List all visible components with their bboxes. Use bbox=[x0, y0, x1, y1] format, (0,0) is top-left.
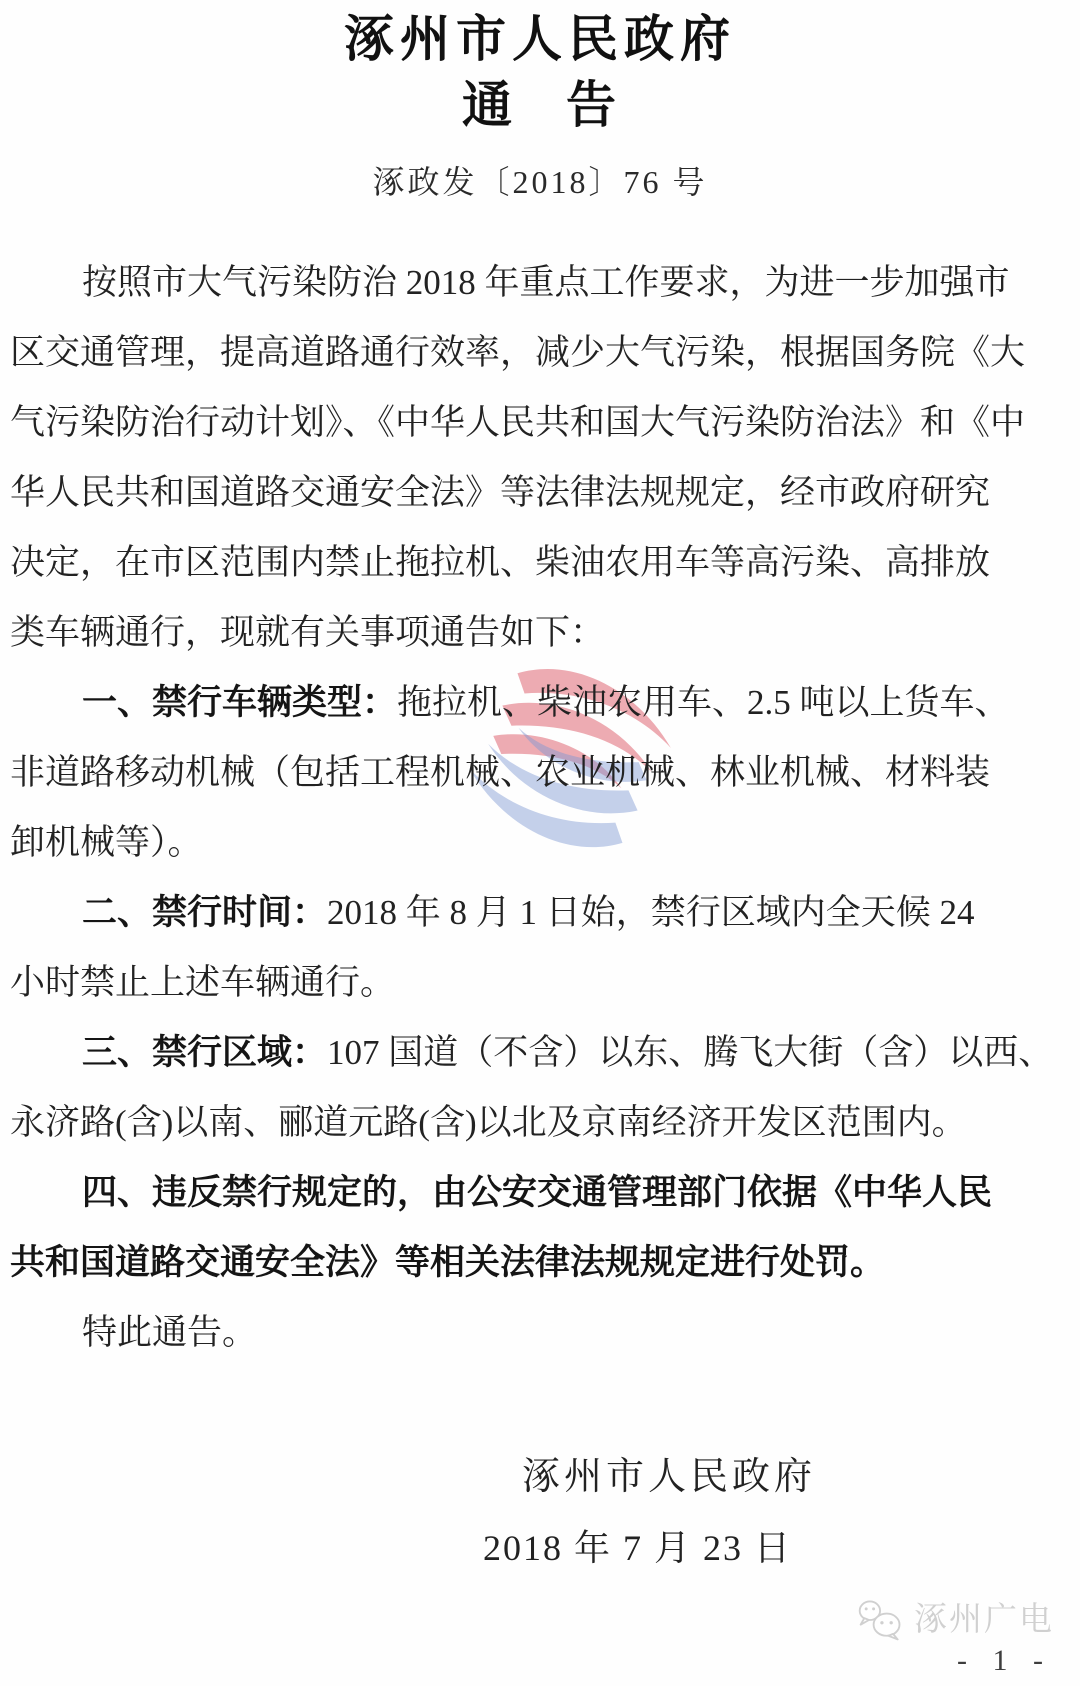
issuing-org-title: 涿州市人民政府 bbox=[0, 8, 1080, 70]
body-line: 类车辆通行，现就有关事项通告如下： bbox=[10, 598, 1070, 668]
body-text: 决定，在市区范围内禁止拖拉机、柴油农用车等高污染、高排放 bbox=[10, 543, 990, 582]
document-content: 涿州市人民政府 通 告 涿政发〔2018〕76 号 按照市大气污染防治 2018… bbox=[0, 0, 1080, 1570]
body-text: 拖拉机、柴油农用车、2.5 吨以上货车、 bbox=[397, 683, 1010, 722]
body-line-item-1: 一、禁行车辆类型：拖拉机、柴油农用车、2.5 吨以上货车、 bbox=[10, 668, 1070, 738]
doc-type-title: 通 告 bbox=[0, 76, 1080, 134]
body-text: 类车辆通行，现就有关事项通告如下： bbox=[10, 613, 605, 652]
body-line: 共和国道路交通安全法》等相关法律法规规定进行处罚。 bbox=[10, 1228, 1070, 1298]
body-text: 小时禁止上述车辆通行。 bbox=[10, 963, 395, 1002]
brand-watermark-text: 涿州广电 bbox=[914, 1600, 1054, 1640]
wechat-icon bbox=[856, 1598, 906, 1642]
signature-org: 涿州市人民政府 bbox=[0, 1454, 1080, 1500]
body-line: 区交通管理，提高道路通行效率，减少大气污染，根据国务院《大 bbox=[10, 318, 1070, 388]
document-body: 按照市大气污染防治 2018 年重点工作要求，为进一步加强市 区交通管理，提高道… bbox=[0, 248, 1080, 1368]
body-line: 小时禁止上述车辆通行。 bbox=[10, 948, 1070, 1018]
body-text: 非道路移动机械（包括工程机械、农业机械、林业机械、材料装 bbox=[10, 753, 990, 792]
body-text: 按照市大气污染防治 2018 年重点工作要求，为进一步加强市 bbox=[82, 263, 1010, 302]
item-label: 四、违反禁行规定的，由公安交通管理部门依据《中华人民 bbox=[82, 1173, 992, 1212]
body-text: 特此通告。 bbox=[82, 1313, 257, 1352]
body-line-closing: 特此通告。 bbox=[10, 1298, 1070, 1368]
item-label: 一、禁行车辆类型： bbox=[82, 683, 397, 722]
signature-date: 2018 年 7 月 23 日 bbox=[0, 1526, 1080, 1570]
corner-brand-block: 涿州广电 - 1 - bbox=[856, 1598, 1054, 1678]
document-header: 涿州市人民政府 通 告 涿政发〔2018〕76 号 bbox=[0, 0, 1080, 202]
body-text: 区交通管理，提高道路通行效率，减少大气污染，根据国务院《大 bbox=[10, 333, 1025, 372]
body-line: 按照市大气污染防治 2018 年重点工作要求，为进一步加强市 bbox=[10, 248, 1070, 318]
body-line-item-3: 三、禁行区域：107 国道（不含）以东、腾飞大街（含）以西、 bbox=[10, 1018, 1070, 1088]
body-text: 永济路(含)以南、郦道元路(含)以北及京南经济开发区范围内。 bbox=[10, 1103, 967, 1142]
body-text: 2018 年 8 月 1 日始，禁行区域内全天候 24 bbox=[327, 893, 975, 932]
notice-document-page: 涿州市人民政府 通 告 涿政发〔2018〕76 号 按照市大气污染防治 2018… bbox=[0, 0, 1080, 1686]
body-text: 气污染防治行动计划》、《中华人民共和国大气污染防治法》和《中 bbox=[10, 403, 1025, 442]
body-line: 气污染防治行动计划》、《中华人民共和国大气污染防治法》和《中 bbox=[10, 388, 1070, 458]
body-text: 107 国道（不含）以东、腾飞大街（含）以西、 bbox=[327, 1033, 1053, 1072]
brand-row: 涿州广电 bbox=[856, 1598, 1054, 1642]
page-number: - 1 - bbox=[856, 1644, 1054, 1678]
body-line: 华人民共和国道路交通安全法》等法律法规规定，经市政府研究 bbox=[10, 458, 1070, 528]
body-text: 卸机械等）。 bbox=[10, 823, 203, 862]
body-line: 卸机械等）。 bbox=[10, 808, 1070, 878]
body-line: 非道路移动机械（包括工程机械、农业机械、林业机械、材料装 bbox=[10, 738, 1070, 808]
body-text: 共和国道路交通安全法》等相关法律法规规定进行处罚。 bbox=[10, 1243, 885, 1282]
item-label: 二、禁行时间： bbox=[82, 893, 327, 932]
body-line-item-2: 二、禁行时间：2018 年 8 月 1 日始，禁行区域内全天候 24 bbox=[10, 878, 1070, 948]
body-text: 华人民共和国道路交通安全法》等法律法规规定，经市政府研究 bbox=[10, 473, 990, 512]
item-label: 三、禁行区域： bbox=[82, 1033, 327, 1072]
body-line: 决定，在市区范围内禁止拖拉机、柴油农用车等高污染、高排放 bbox=[10, 528, 1070, 598]
body-line: 永济路(含)以南、郦道元路(含)以北及京南经济开发区范围内。 bbox=[10, 1088, 1070, 1158]
doc-number: 涿政发〔2018〕76 号 bbox=[0, 162, 1080, 202]
body-line-item-4: 四、违反禁行规定的，由公安交通管理部门依据《中华人民 bbox=[10, 1158, 1070, 1228]
